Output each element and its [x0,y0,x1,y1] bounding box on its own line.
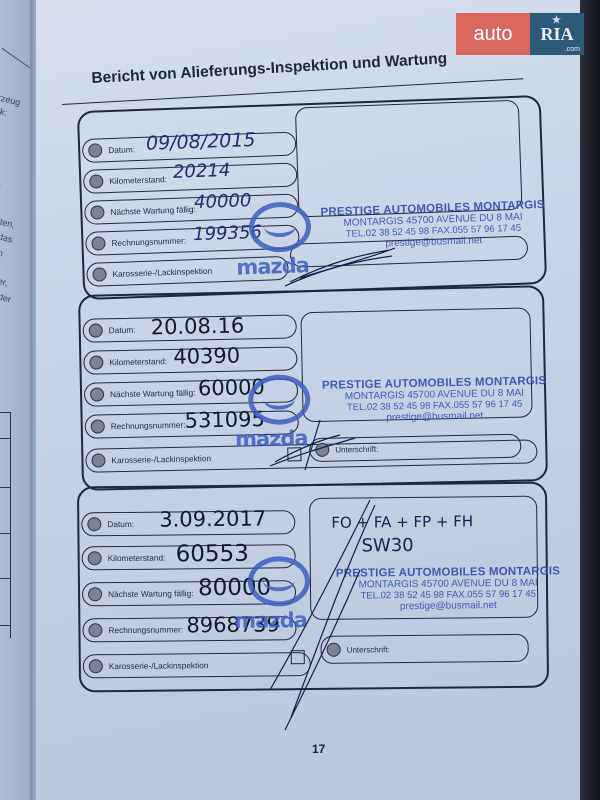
handwritten-mileage: 60553 [176,541,249,568]
left-page-fragment: er, [0,276,9,288]
left-page-fragment: rzeug [0,92,21,107]
handwritten-service-codes: FO + FA + FP + FH [331,512,473,531]
table-rule [10,412,11,638]
next-service-label: Nächste Wartung fällig: [108,588,194,599]
service-entry-1: Datum: Kilometerstand: Nächste Wartung f… [77,95,547,300]
watermark-domain: .com [565,46,580,53]
mileage-label: Kilometerstand: [108,553,166,564]
mazda-wordmark: mazda [236,253,313,280]
handwritten-mileage: 40390 [173,344,240,369]
radio-icon [87,517,101,531]
next-service-label: Nächste Wartung fällig: [110,204,196,217]
body-inspection-checkbox[interactable] [291,650,305,664]
mileage-label: Kilometerstand: [109,174,167,186]
watermark-ria-text: RIA [540,24,573,45]
date-label: Datum: [108,144,135,155]
handwritten-date: 09/08/2015 [146,129,256,155]
handwritten-mileage: 20214 [173,160,231,183]
body-inspection-field: Karosserie-/Lackinspektion [83,652,311,678]
radio-icon [91,236,105,250]
previous-page-edge: rzeug ik: t iten, das n er, der [0,0,32,800]
background-edge [580,0,600,800]
left-page-fragment: ik: [0,106,8,118]
next-service-label: Nächste Wartung fällig: [110,387,196,399]
left-page-fragment: t [0,182,2,192]
watermark-auto: auto [456,13,530,55]
service-entry-3: Datum: Kilometerstand: Nächste Wartung f… [77,482,549,693]
page-number: 17 [312,742,325,756]
radio-icon [90,205,104,219]
signature-label: Unterschrift: [335,444,378,454]
radio-icon [327,643,341,657]
mazda-wordmark: mazda [235,426,311,452]
table-rule [0,438,10,439]
left-page-fragment: das [0,231,14,244]
mazda-stamp-logo: mazda [248,374,312,451]
handwritten-date: 20.08.16 [150,313,244,339]
radio-icon [92,267,106,281]
left-page-fragment: n [0,248,4,259]
radio-icon [89,174,103,188]
table-rule [0,578,10,579]
table-rule [0,533,10,534]
signature-field: Unterschrift: [321,634,529,664]
autoria-watermark: auto ★ RIA .com [456,13,584,55]
left-page-fragment: der [0,292,12,305]
dealer-stamp: PRESTIGE AUTOMOBILES MONTARGIS MONTARGIS… [336,565,561,612]
service-entry-2: Datum: Kilometerstand: Nächste Wartung f… [78,285,548,491]
star-icon: ★ [552,15,561,26]
signature-field: Unterschrift: [309,434,521,462]
handwritten-next-service: 40000 [194,190,252,213]
table-rule [0,625,10,626]
radio-icon [91,419,105,433]
radio-icon [88,587,102,601]
radio-icon [89,323,103,337]
radio-icon [315,443,329,457]
body-inspection-label: Karosserie-/Lackinspektion [109,660,209,671]
dealer-stamp: PRESTIGE AUTOMOBILES MONTARGIS MONTARGIS… [322,375,547,425]
signature-label: Unterschrift: [347,645,390,654]
mazda-stamp-logo: mazda [248,201,313,279]
table-rule [0,487,10,488]
date-label: Datum: [107,519,134,529]
handwritten-date: 3.09.2017 [159,506,266,531]
radio-icon [88,143,102,157]
dealer-email: prestige@busmail.net [336,599,560,612]
invoice-label: Rechnungsnummer: [111,420,186,432]
previous-page-line [0,48,31,93]
radio-icon [88,623,102,637]
invoice-label: Rechnungsnummer: [108,624,183,635]
radio-icon [89,355,103,369]
date-label: Datum: [109,325,136,336]
watermark-ria: ★ RIA .com [530,13,584,55]
mileage-label: Kilometerstand: [109,356,167,367]
mazda-stamp-logo: mazda [248,556,311,633]
table-rule [0,412,10,413]
dealer-stamp: PRESTIGE AUTOMOBILES MONTARGIS MONTARGIS… [320,199,546,252]
radio-icon [91,453,105,467]
left-page-fragment: iten, [0,216,16,230]
radio-icon [89,659,103,673]
mazda-wordmark: mazda [234,608,310,633]
body-inspection-label: Karosserie-/Lackinspektion [112,266,212,279]
radio-icon [90,387,104,401]
radio-icon [88,551,102,565]
body-inspection-label: Karosserie-/Lackinspektion [111,453,211,465]
invoice-label: Rechnungsnummer: [111,235,186,248]
handwritten-oil-grade: SW30 [361,535,413,557]
